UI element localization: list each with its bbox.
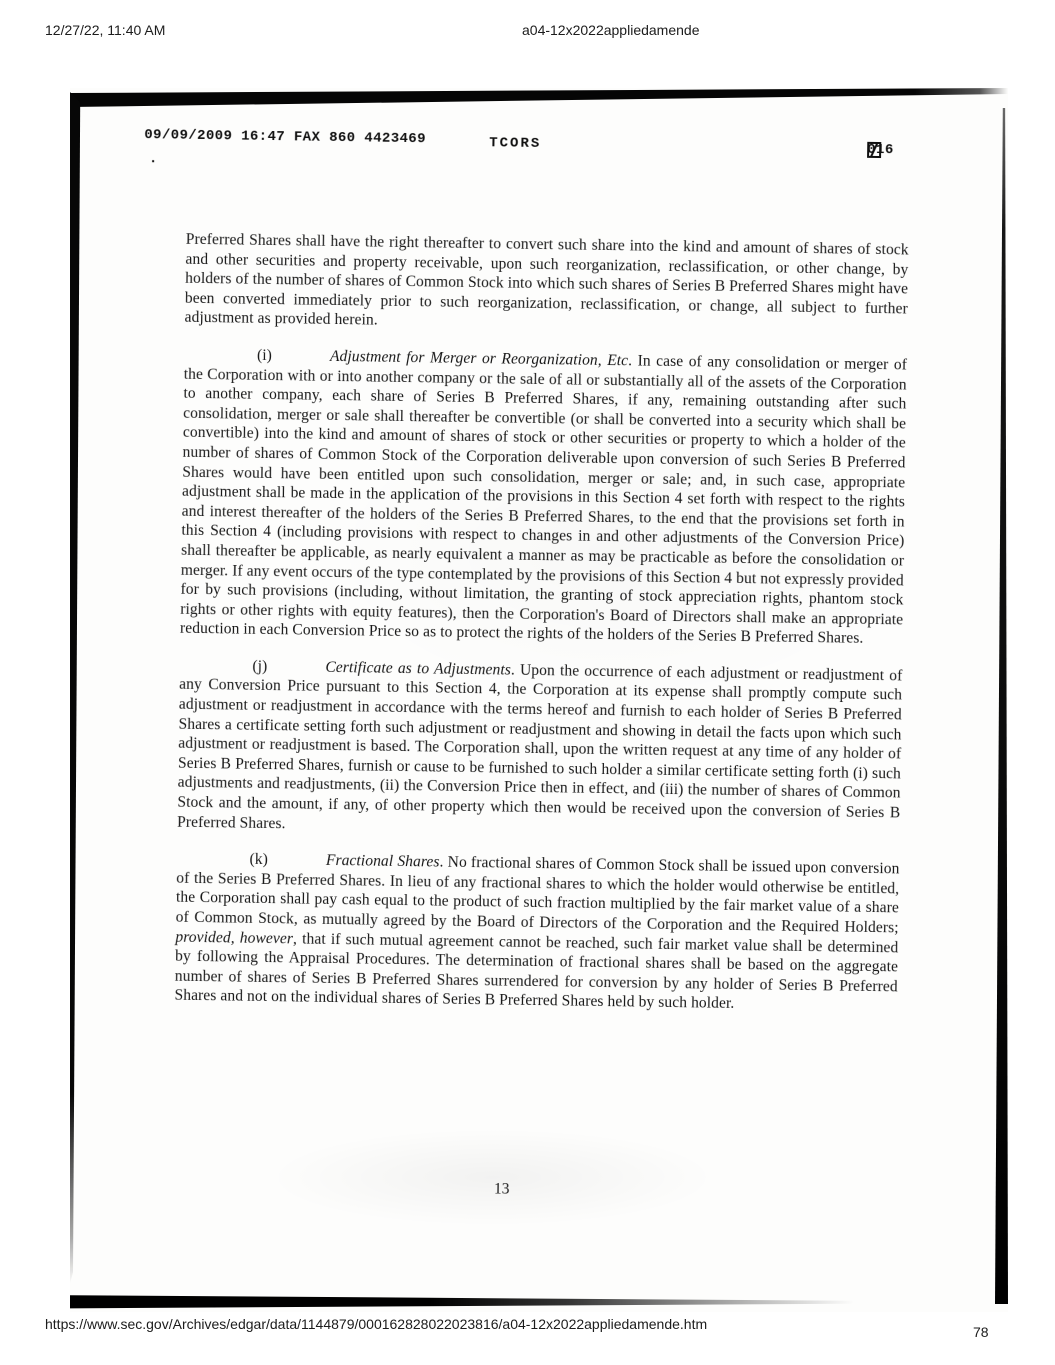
print-footer-url: https://www.sec.gov/Archives/edgar/data/…	[45, 1316, 707, 1332]
document-paragraph: (k)Fractional Shares. No fractional shar…	[174, 849, 899, 1016]
paragraph-label: (k)	[249, 851, 268, 868]
text-segment: . In case of any consolidation or merger…	[180, 352, 907, 647]
print-footer-page: 78	[973, 1324, 989, 1340]
document-body: Preferred Shares shall have the right th…	[174, 230, 909, 1034]
scan-content: 09/09/2009 16:47 FAX 860 4423469 TCORS 0…	[52, 88, 1008, 1326]
text-segment-italic: provided, however	[175, 928, 293, 947]
text-segment-italic: Certificate as to Adjustments	[325, 659, 511, 679]
fax-page-indicator: 016	[867, 142, 894, 158]
text-segment-italic: Fractional Shares	[326, 852, 440, 871]
document-page-number: 13	[172, 1176, 832, 1204]
paragraph-label: (j)	[252, 658, 267, 675]
paragraph-label: (i)	[257, 347, 272, 364]
print-preview-page: 12/27/22, 11:40 AM a04-12x2022appliedame…	[0, 0, 1055, 1365]
fax-header: 09/09/2009 16:47 FAX 860 4423469 TCORS 0…	[69, 126, 1007, 164]
document-paragraph: Preferred Shares shall have the right th…	[184, 230, 908, 339]
paragraph-label-gap	[268, 864, 326, 865]
text-segment: Preferred Shares shall have the right th…	[184, 231, 908, 329]
text-segment-italic: Adjustment for Merger or Reorganization,…	[330, 348, 628, 369]
paragraph-label-gap	[267, 671, 325, 672]
fax-page-indicator-number: 016	[867, 142, 894, 158]
fax-station-id: TCORS	[489, 135, 541, 152]
document-paragraph: (j)Certificate as to Adjustments. Upon t…	[177, 656, 903, 843]
fax-stray-mark: .	[149, 151, 158, 167]
text-segment: . Upon the occurrence of each adjustment…	[177, 661, 902, 831]
document-paragraph: (i)Adjustment for Merger or Reorganizati…	[180, 345, 907, 650]
fax-timestamp: 09/09/2009 16:47 FAX 860 4423469	[144, 127, 426, 147]
scanned-fax-page: 09/09/2009 16:47 FAX 860 4423469 TCORS 0…	[70, 88, 1008, 1312]
print-header-title: a04-12x2022appliedamende	[522, 22, 699, 38]
paragraph-label-gap	[272, 360, 330, 361]
print-header-datetime: 12/27/22, 11:40 AM	[45, 22, 165, 38]
text-segment: . No fractional shares of Common Stock s…	[176, 854, 900, 937]
